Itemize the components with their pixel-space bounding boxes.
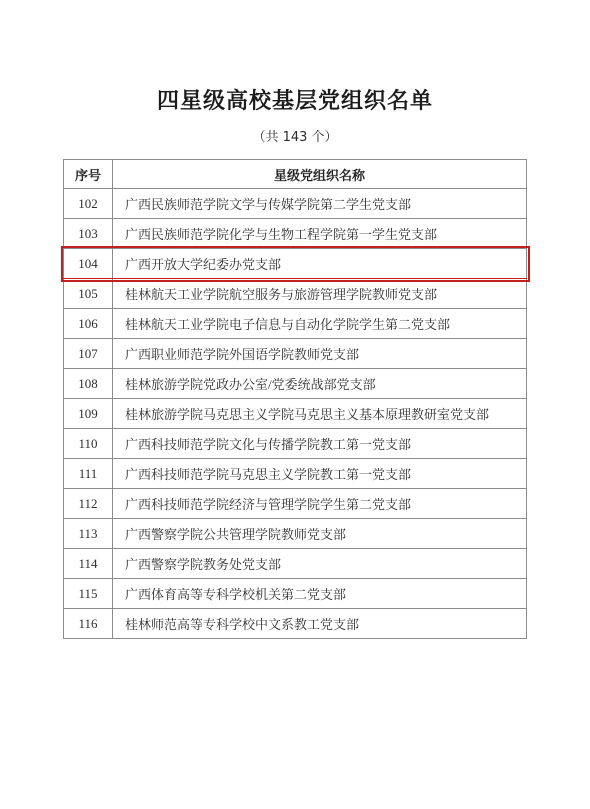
table-header: 序号 星级党组织名称 <box>64 160 527 189</box>
row-number: 113 <box>64 519 113 549</box>
header-name: 星级党组织名称 <box>113 160 527 189</box>
table-row: 110 广西科技师范学院文化与传播学院教工第一党支部 <box>64 429 527 459</box>
header-no: 序号 <box>64 160 113 189</box>
table-row: 104 广西开放大学纪委办党支部 <box>64 249 527 279</box>
row-name: 广西警察学院公共管理学院教师党支部 <box>113 519 527 549</box>
row-number: 110 <box>64 429 113 459</box>
row-name: 桂林旅游学院马克思主义学院马克思主义基本原理教研室党支部 <box>113 399 527 429</box>
row-number: 108 <box>64 369 113 399</box>
row-name: 广西科技师范学院文化与传播学院教工第一党支部 <box>113 429 527 459</box>
page-subtitle: （共 143 个） <box>0 129 590 146</box>
row-name: 广西科技师范学院马克思主义学院教工第一党支部 <box>113 459 527 489</box>
row-number: 109 <box>64 399 113 429</box>
table-row: 114 广西警察学院教务处党支部 <box>64 549 527 579</box>
header-row: 序号 星级党组织名称 <box>64 160 527 189</box>
table-row: 102 广西民族师范学院文学与传媒学院第二学生党支部 <box>64 189 527 219</box>
row-name: 广西科技师范学院经济与管理学院学生第二党支部 <box>113 489 527 519</box>
table-body: 102 广西民族师范学院文学与传媒学院第二学生党支部 103 广西民族师范学院化… <box>64 189 527 639</box>
row-name: 桂林航天工业学院航空服务与旅游管理学院教师党支部 <box>113 279 527 309</box>
page-title: 四星级高校基层党组织名单 <box>0 88 590 115</box>
table-row: 106 桂林航天工业学院电子信息与自动化学院学生第二党支部 <box>64 309 527 339</box>
row-number: 105 <box>64 279 113 309</box>
table-row: 116 桂林师范高等专科学校中文系教工党支部 <box>64 609 527 639</box>
row-number: 116 <box>64 609 113 639</box>
table-row: 108 桂林旅游学院党政办公室/党委统战部党支部 <box>64 369 527 399</box>
row-number: 111 <box>64 459 113 489</box>
row-name: 广西职业师范学院外国语学院教师党支部 <box>113 339 527 369</box>
row-name: 桂林航天工业学院电子信息与自动化学院学生第二党支部 <box>113 309 527 339</box>
table-row: 105 桂林航天工业学院航空服务与旅游管理学院教师党支部 <box>64 279 527 309</box>
row-name: 广西民族师范学院文学与传媒学院第二学生党支部 <box>113 189 527 219</box>
row-number: 115 <box>64 579 113 609</box>
row-number: 102 <box>64 189 113 219</box>
row-name: 广西开放大学纪委办党支部 <box>113 249 527 279</box>
org-table: 序号 星级党组织名称 102 广西民族师范学院文学与传媒学院第二学生党支部 10… <box>63 159 527 639</box>
table-row: 111 广西科技师范学院马克思主义学院教工第一党支部 <box>64 459 527 489</box>
row-name: 广西民族师范学院化学与生物工程学院第一学生党支部 <box>113 219 527 249</box>
row-number: 104 <box>64 249 113 279</box>
row-name: 桂林师范高等专科学校中文系教工党支部 <box>113 609 527 639</box>
row-number: 103 <box>64 219 113 249</box>
row-number: 112 <box>64 489 113 519</box>
row-number: 114 <box>64 549 113 579</box>
table-row: 107 广西职业师范学院外国语学院教师党支部 <box>64 339 527 369</box>
table-row: 103 广西民族师范学院化学与生物工程学院第一学生党支部 <box>64 219 527 249</box>
row-number: 107 <box>64 339 113 369</box>
table-row: 113 广西警察学院公共管理学院教师党支部 <box>64 519 527 549</box>
row-name: 广西体育高等专科学校机关第二党支部 <box>113 579 527 609</box>
row-number: 106 <box>64 309 113 339</box>
row-name: 桂林旅游学院党政办公室/党委统战部党支部 <box>113 369 527 399</box>
table-row: 112 广西科技师范学院经济与管理学院学生第二党支部 <box>64 489 527 519</box>
table-row: 115 广西体育高等专科学校机关第二党支部 <box>64 579 527 609</box>
row-name: 广西警察学院教务处党支部 <box>113 549 527 579</box>
document-page: 四星级高校基层党组织名单 （共 143 个） 序号 星级党组织名称 102 广西… <box>0 0 590 809</box>
table-row: 109 桂林旅游学院马克思主义学院马克思主义基本原理教研室党支部 <box>64 399 527 429</box>
